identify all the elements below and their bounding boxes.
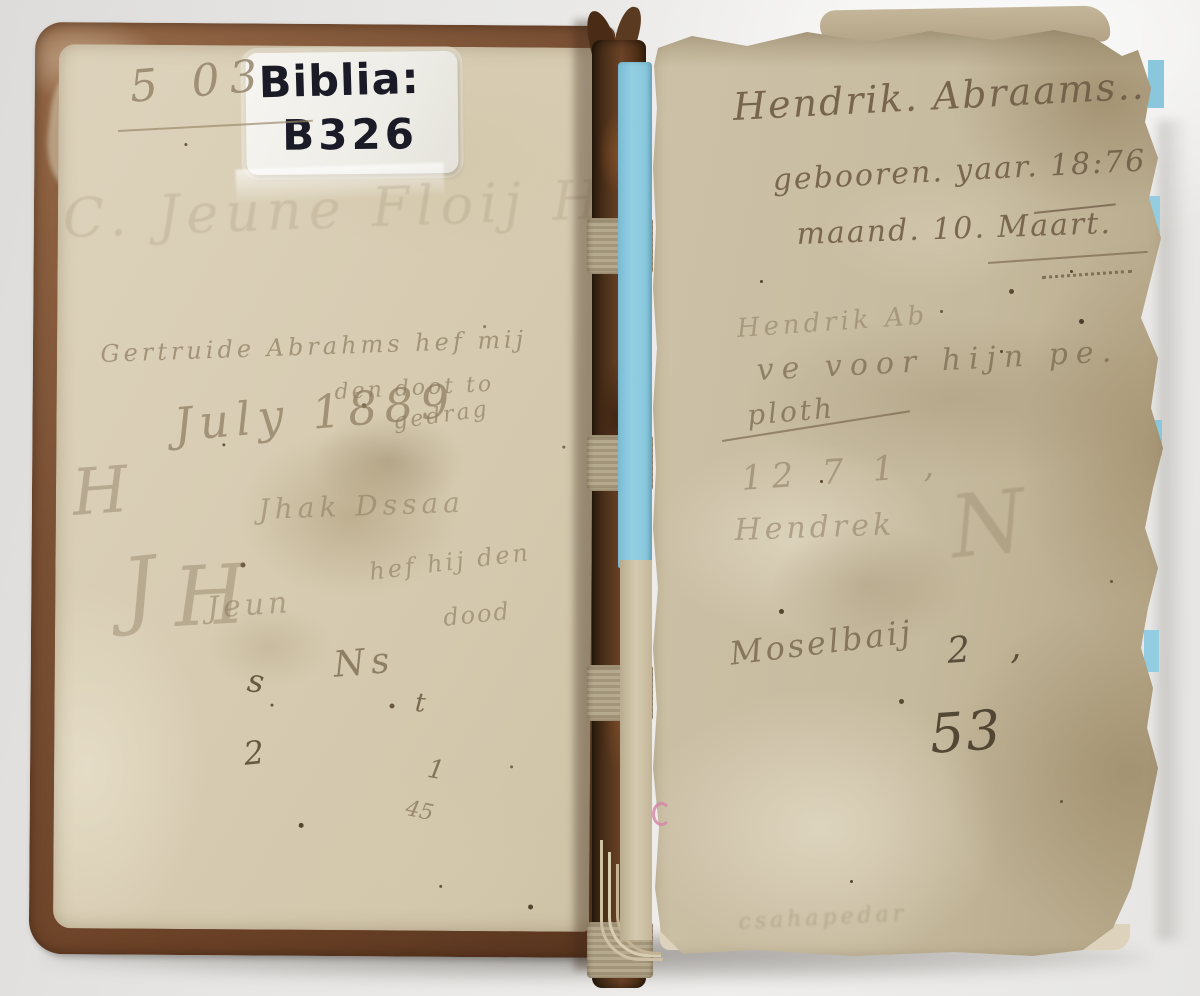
library-label: Biblia: B326 <box>245 51 458 175</box>
shelf-mark-handwriting: 5 03 <box>128 54 269 110</box>
blue-insert-sheet <box>618 62 652 568</box>
ink-mark-45: 45 <box>403 798 435 825</box>
ink-mark-t: t <box>414 690 426 717</box>
flourish-script: N <box>946 478 1030 571</box>
ink-mark-2: 2 <box>242 736 266 770</box>
initial-h: H <box>70 458 130 526</box>
library-label-line2: B326 <box>282 109 418 159</box>
page-edge-strip <box>620 560 652 940</box>
dood-inscription: dood <box>442 599 512 630</box>
ink-specks <box>184 143 187 146</box>
pink-mark <box>652 802 671 826</box>
hendrek-inscription: Hendrek <box>734 510 896 546</box>
jeun-inscription: Jeun <box>206 588 292 624</box>
ns-scribble: Ns <box>332 643 397 684</box>
library-label-line1: Biblia: <box>258 54 420 108</box>
blue-insert-sliver <box>1148 60 1164 108</box>
photo-backdrop: Biblia: B326 5 03 C. Jeune Floij H Gertr… <box>0 0 1200 996</box>
jhak-inscription: Jhak Dssaa <box>258 489 465 524</box>
ink-mark-53: 53 <box>928 703 1004 762</box>
ink-specks <box>760 280 763 283</box>
ink-mark-2-comma: 2 , <box>946 628 1036 670</box>
book-shadow <box>1158 120 1188 940</box>
